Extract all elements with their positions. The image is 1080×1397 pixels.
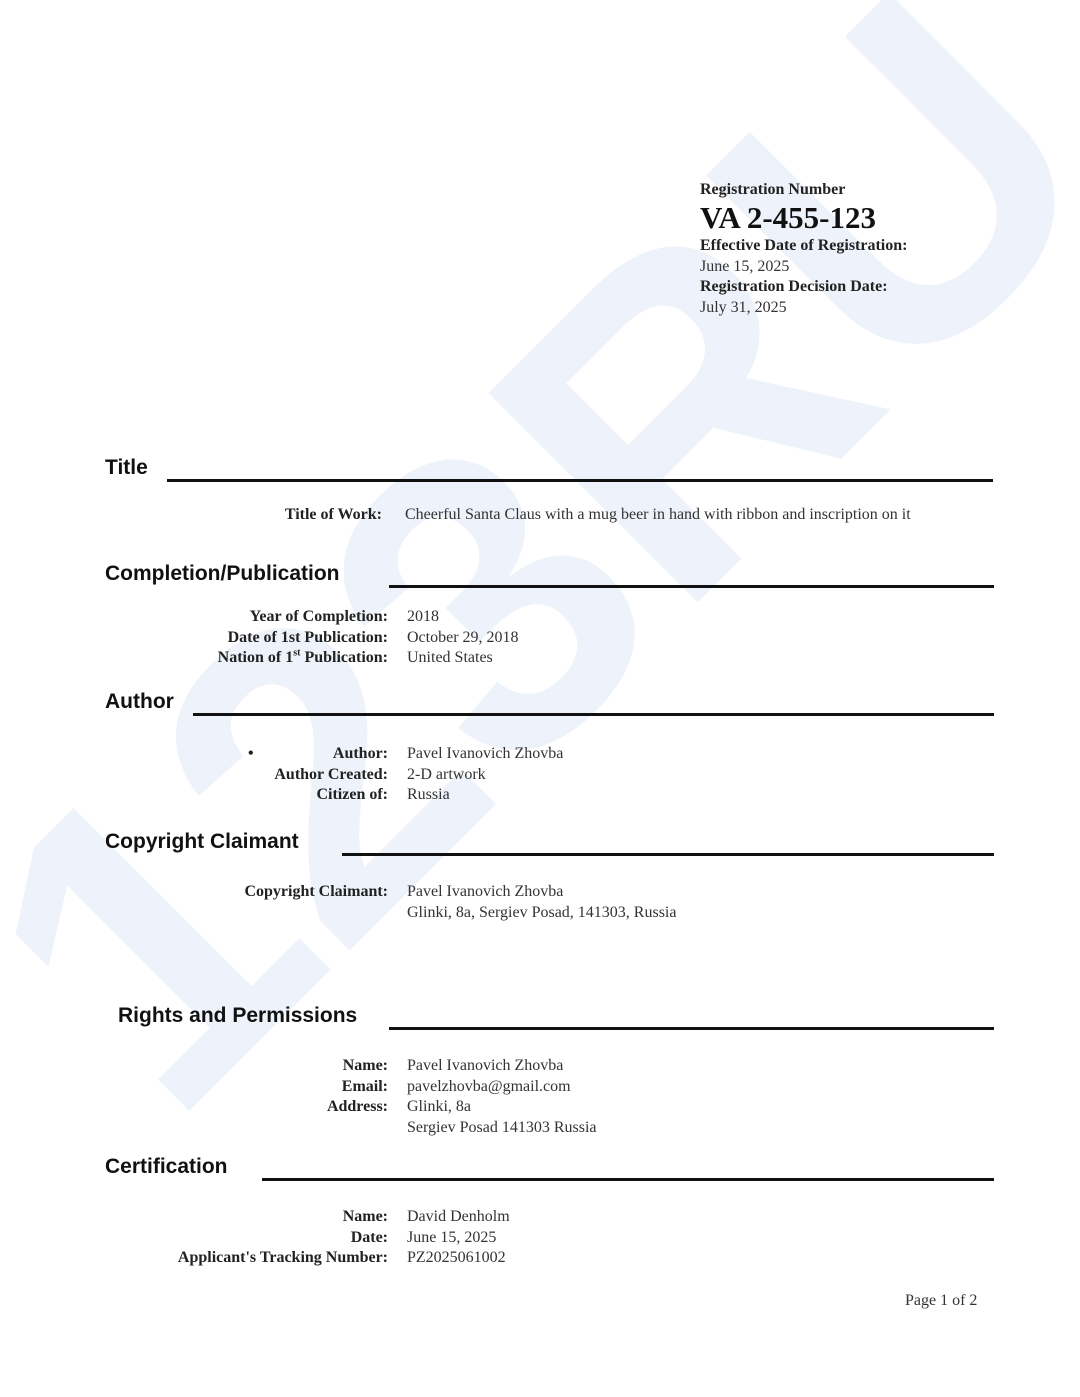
decision-date-label: Registration Decision Date:: [700, 277, 907, 297]
author-label: Author:: [0, 744, 388, 765]
registration-number-label: Registration Number: [700, 180, 907, 200]
copyright-claimant-label: Copyright Claimant:: [0, 882, 388, 903]
tracking-number-value: PZ2025061002: [407, 1248, 506, 1269]
rights-email-value: pavelzhovba@gmail.com: [407, 1077, 571, 1098]
claimant-fields: Copyright Claimant: Pavel Ivanovich Zhov…: [0, 882, 676, 923]
effective-date-label: Effective Date of Registration:: [700, 236, 907, 256]
field-row: Author: Pavel Ivanovich Zhovba: [0, 744, 563, 765]
citizen-of-value: Russia: [407, 785, 450, 806]
rights-address-line1: Glinki, 8a: [407, 1097, 471, 1118]
rights-address-label: Address:: [0, 1097, 388, 1118]
section-divider: [193, 713, 994, 716]
registration-number: VA 2-455-123: [700, 200, 907, 236]
field-row: Address: Glinki, 8a: [0, 1097, 596, 1118]
certification-name-value: David Denholm: [407, 1207, 510, 1228]
field-row: Name: David Denholm: [0, 1207, 510, 1228]
field-row: Citizen of: Russia: [0, 785, 563, 806]
field-row: Glinki, 8a, Sergiev Posad, 141303, Russi…: [0, 903, 676, 924]
field-row: Title of Work: Cheerful Santa Claus with…: [0, 505, 911, 526]
first-publication-date-label: Date of 1st Publication:: [0, 628, 388, 649]
author-created-value: 2-D artwork: [407, 765, 486, 786]
completion-fields: Year of Completion: 2018 Date of 1st Pub…: [0, 607, 519, 669]
year-of-completion-value: 2018: [407, 607, 439, 628]
section-divider: [342, 853, 994, 856]
nation-of-publication-value: United States: [407, 648, 493, 669]
effective-date: June 15, 2025: [700, 256, 907, 277]
section-rights-heading: Rights and Permissions: [118, 1004, 357, 1028]
field-row: Name: Pavel Ivanovich Zhovba: [0, 1056, 596, 1077]
rights-name-label: Name:: [0, 1056, 388, 1077]
empty-label: [0, 903, 388, 924]
section-heading: Completion/Publication: [105, 562, 340, 586]
rights-name-value: Pavel Ivanovich Zhovba: [407, 1056, 563, 1077]
certification-date-label: Date:: [0, 1228, 388, 1249]
section-divider: [389, 1027, 994, 1030]
field-row: Year of Completion: 2018: [0, 607, 519, 628]
author-fields: • Author: Pavel Ivanovich Zhovba Author …: [0, 744, 563, 806]
section-divider: [167, 479, 993, 482]
field-row: Sergiev Posad 141303 Russia: [0, 1118, 596, 1139]
page-number: Page 1 of 2: [905, 1292, 977, 1310]
field-row: Applicant's Tracking Number: PZ202506100…: [0, 1248, 510, 1269]
certification-fields: Name: David Denholm Date: June 15, 2025 …: [0, 1207, 510, 1269]
rights-email-label: Email:: [0, 1077, 388, 1098]
section-divider: [262, 1178, 994, 1181]
citizen-of-label: Citizen of:: [0, 785, 388, 806]
label-text: Nation of 1: [218, 649, 294, 666]
section-heading: Author: [105, 690, 174, 714]
certification-name-label: Name:: [0, 1207, 388, 1228]
empty-label: [0, 1118, 388, 1139]
section-heading: Certification: [105, 1155, 228, 1179]
title-of-work-label: Title of Work:: [0, 505, 382, 526]
decision-date: July 31, 2025: [700, 297, 907, 318]
section-author-heading: Author: [105, 690, 174, 714]
year-of-completion-label: Year of Completion:: [0, 607, 388, 628]
rights-address-line2: Sergiev Posad 141303 Russia: [407, 1118, 596, 1139]
field-row: Date: June 15, 2025: [0, 1228, 510, 1249]
field-row: Date of 1st Publication: October 29, 201…: [0, 628, 519, 649]
rights-fields: Name: Pavel Ivanovich Zhovba Email: pave…: [0, 1056, 596, 1138]
nation-of-publication-label: Nation of 1st Publication:: [0, 648, 388, 669]
section-divider: [389, 585, 994, 588]
title-fields: Title of Work: Cheerful Santa Claus with…: [0, 505, 911, 526]
copyright-claimant-name: Pavel Ivanovich Zhovba: [407, 882, 563, 903]
author-value: Pavel Ivanovich Zhovba: [407, 744, 563, 765]
section-heading: Title: [105, 456, 148, 480]
registration-block: Registration Number VA 2-455-123 Effecti…: [700, 180, 907, 318]
section-certification-heading: Certification: [105, 1155, 228, 1179]
copyright-claimant-address: Glinki, 8a, Sergiev Posad, 141303, Russi…: [407, 903, 676, 924]
section-completion-heading: Completion/Publication: [105, 562, 340, 586]
label-text: Publication:: [300, 649, 388, 666]
certification-date-value: June 15, 2025: [407, 1228, 496, 1249]
author-created-label: Author Created:: [0, 765, 388, 786]
field-row: Nation of 1st Publication: United States: [0, 648, 519, 669]
field-row: Email: pavelzhovba@gmail.com: [0, 1077, 596, 1098]
tracking-number-label: Applicant's Tracking Number:: [0, 1248, 388, 1269]
field-row: Author Created: 2-D artwork: [0, 765, 563, 786]
first-publication-date-value: October 29, 2018: [407, 628, 519, 649]
field-row: Copyright Claimant: Pavel Ivanovich Zhov…: [0, 882, 676, 903]
section-heading: Copyright Claimant: [105, 830, 299, 854]
title-of-work-value: Cheerful Santa Claus with a mug beer in …: [405, 505, 911, 526]
section-title-heading: Title: [105, 456, 148, 480]
section-claimant-heading: Copyright Claimant: [105, 830, 299, 854]
section-heading: Rights and Permissions: [118, 1004, 357, 1028]
